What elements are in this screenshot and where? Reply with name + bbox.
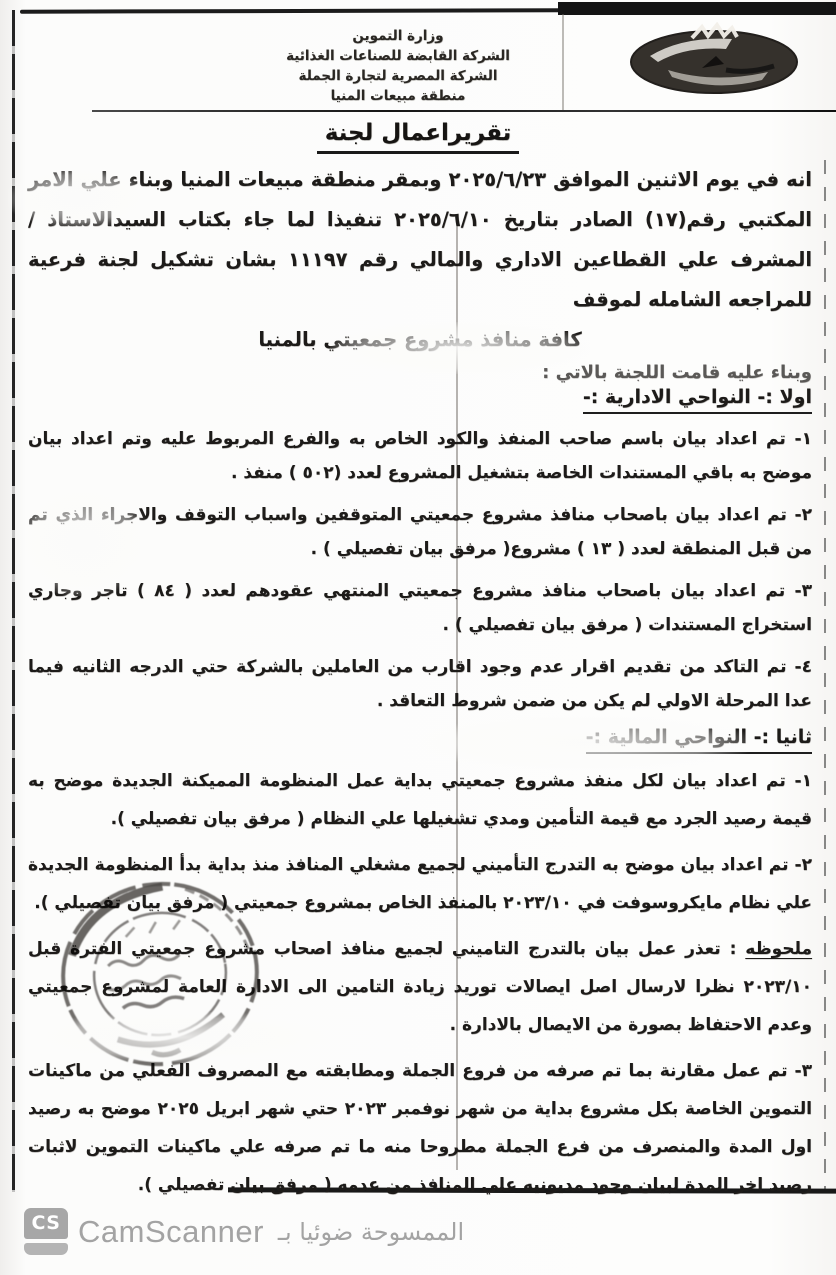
camscanner-icon: CS [24,1208,68,1255]
scan-top-edge-line [20,8,565,13]
organization-emblem-icon [628,22,800,96]
scan-left-edge-line [12,10,15,1192]
section-heading-administrative: اولا :- النواحي الادارية :- [28,386,812,414]
scanned-document-page: وزارة التموين الشركة القابضة للصناعات ال… [0,0,836,1275]
letterhead-block: وزارة التموين الشركة القابضة للصناعات ال… [248,26,548,106]
intro-paragraph: انه في يوم الاثنين الموافق ٢٠٢٥/٦/٢٣ وبم… [28,160,812,320]
letterhead-line-ministry: وزارة التموين [248,26,548,46]
camscanner-brand-text: CamScanner [78,1214,264,1250]
admin-item-3: ٣- تم اعداد بيان باصحاب منافذ مشروع جمعي… [28,574,812,642]
report-title-row: تقريراعمال لجنة [0,120,836,154]
letterhead-line-region: منطقة مبيعات المنيا [248,86,548,106]
letterhead-line-company: الشركة المصرية لتجارة الجملة [248,66,548,86]
scan-right-edge-line [824,160,826,1192]
intro-tail-line: كافة منافذ مشروع جمعيتي بالمنيا [28,320,812,360]
scanned-with-text: الممسوحة ضوئيا بـ [278,1218,464,1246]
note-label: ملحوظه [745,939,812,959]
official-round-stamp-icon [48,872,273,1077]
admin-item-4: ٤- تم التاكد من تقديم اقرار عدم وجود اقا… [28,650,812,718]
report-title: تقريراعمال لجنة [317,120,520,154]
page-fold-line-top [562,14,564,110]
letterhead-line-holding: الشركة القابضة للصناعات الغذائية [248,46,548,66]
admin-item-1: ١- تم اعداد بيان باسم صاحب المنفذ والكود… [28,422,812,490]
camscanner-footer: CS CamScanner الممسوحة ضوئيا بـ [24,1208,464,1255]
financial-item-1: ١- تم اعداد بيان لكل منفذ مشروع جمعيتي ب… [28,762,812,838]
section-heading-financial: ثانيا :- النواحي المالية :- [28,726,812,754]
scan-top-edge-thick [558,2,836,15]
committee-action-line: وبناء عليه قامت اللجنة بالاتي : [28,360,812,386]
header-divider-line [92,110,836,112]
admin-item-2: ٢- تم اعداد بيان باصحاب منافذ مشروع جمعي… [28,498,812,566]
